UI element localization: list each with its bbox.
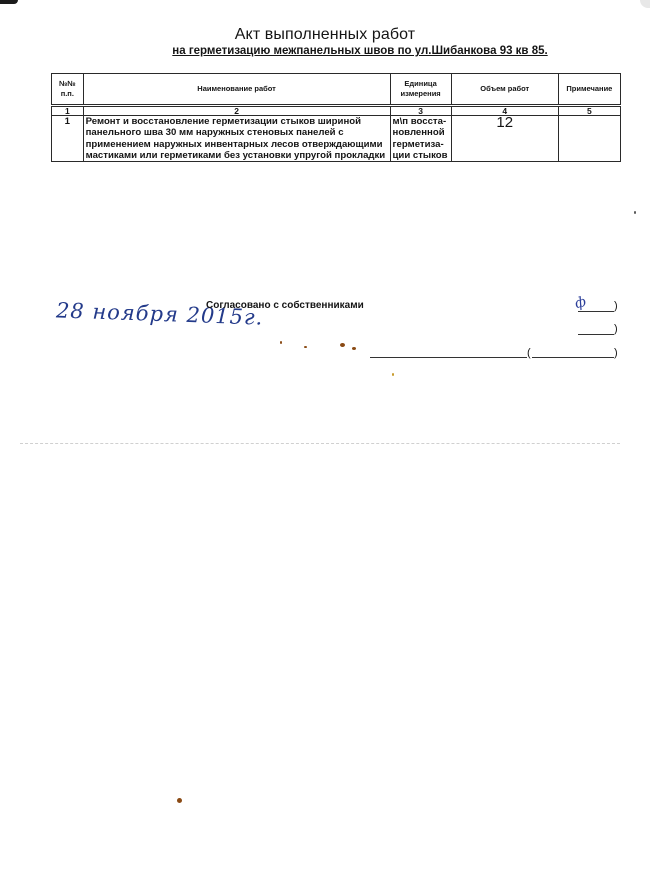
- header-volume: Объем работ: [451, 74, 558, 106]
- header-unit: Единица измерения: [390, 74, 451, 106]
- row-note: [558, 116, 620, 162]
- signature-mark: ф: [573, 294, 588, 312]
- column-numbers-row: 1 2 3 4 5: [52, 106, 621, 116]
- row-volume: 12: [451, 116, 558, 162]
- table-header-row: №№ п.п. Наименование работ Единица измер…: [52, 74, 621, 106]
- paren-close: ): [614, 300, 618, 312]
- scan-speck: [177, 798, 182, 803]
- signature-line: [578, 334, 614, 335]
- scan-speck: [340, 343, 345, 347]
- column-number: 2: [83, 106, 390, 116]
- signature-line: [370, 357, 527, 358]
- scan-speck: [304, 346, 307, 348]
- scan-speck: [280, 341, 282, 344]
- works-table: №№ п.п. Наименование работ Единица измер…: [51, 73, 621, 162]
- scan-corner-mark: [0, 0, 18, 4]
- paren-close: ): [614, 323, 618, 335]
- scan-speck: [634, 211, 636, 214]
- name-line: [532, 357, 614, 358]
- column-number: 3: [390, 106, 451, 116]
- paren-close: ): [614, 347, 618, 359]
- document-title: Акт выполненных работ: [0, 26, 650, 44]
- row-index: 1: [52, 116, 84, 162]
- scan-speck: [392, 373, 394, 376]
- column-number: 1: [52, 106, 84, 116]
- header-index: №№ п.п.: [52, 74, 84, 106]
- row-work-name: Ремонт и восстановление герметизации сты…: [83, 116, 390, 162]
- document-subtitle: на герметизацию межпанельных швов по ул.…: [160, 45, 560, 57]
- approval-label: Согласовано с собственниками: [206, 300, 364, 311]
- header-work-name: Наименование работ: [83, 74, 390, 106]
- column-number: 5: [558, 106, 620, 116]
- table-row: 1 Ремонт и восстановление герметизации с…: [52, 116, 621, 162]
- header-note: Примечание: [558, 74, 620, 106]
- scan-artifact-line: [20, 443, 620, 444]
- scan-speck: [352, 347, 356, 350]
- signature-line: [578, 311, 614, 312]
- scan-corner-mark: [640, 0, 650, 8]
- paren-open: (: [527, 347, 531, 359]
- row-unit: м\п восста-новленной герметиза-ции стыко…: [390, 116, 451, 162]
